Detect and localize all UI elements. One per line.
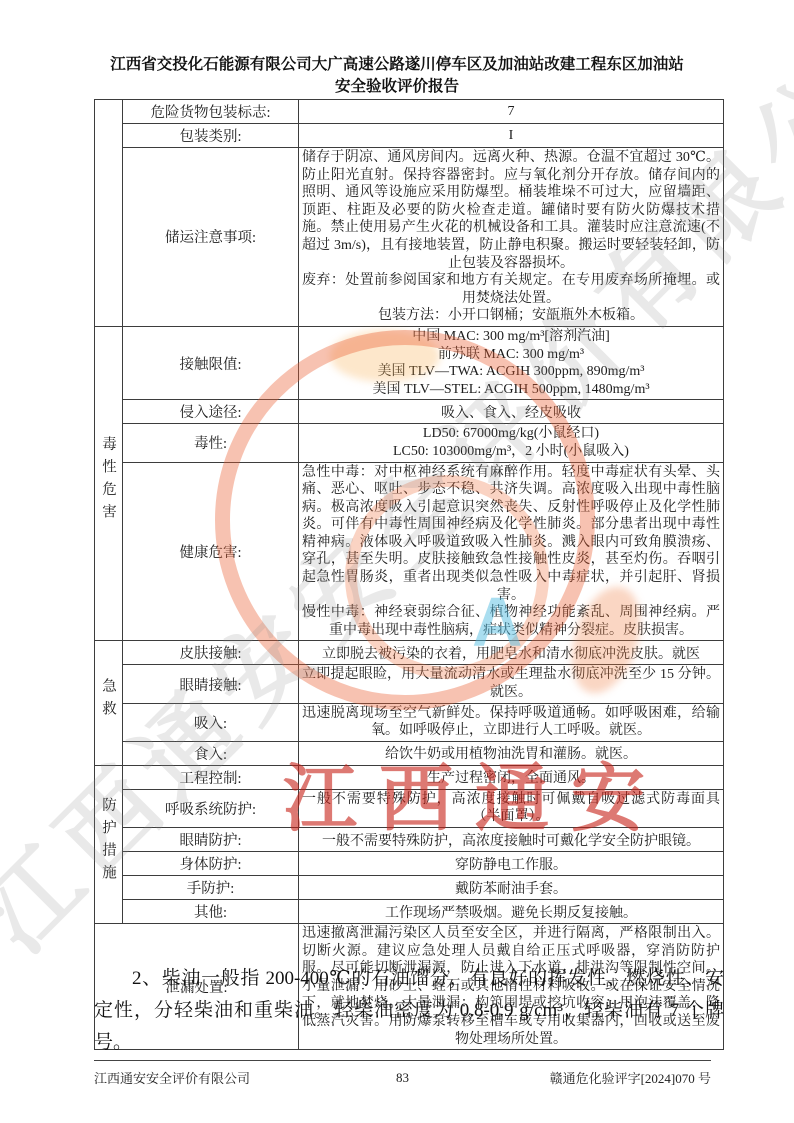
toxicity-line: LD50: 67000mg/kg(小鼠经口)	[302, 425, 720, 443]
table-row: 其他: 工作现场严禁吸烟。避免长期反复接触。	[95, 900, 724, 924]
health-paragraph-acute: 急性中毒：对中枢神经系统有麻醉作用。轻度中毒症状有头晕、头痛、恶心、呕吐、步态不…	[302, 464, 720, 605]
diesel-description-paragraph: 2、柴油一般指 200-400℃的石油馏分，有良好的挥发性、燃烧性、安定性，分轻…	[94, 963, 724, 1059]
row-value-health-hazard: 急性中毒：对中枢神经系统有麻醉作用。轻度中毒症状有头晕、头痛、恶心、呕吐、步态不…	[299, 462, 724, 641]
row-label-toxicity: 毒性:	[123, 424, 299, 462]
table-row: 手防护: 戴防苯耐油手套。	[95, 876, 724, 900]
row-label-storage: 储运注意事项:	[123, 148, 299, 327]
storage-paragraph-2: 废弃：处置前参阅国家和地方有关规定。在专用废弃场所掩埋。或用焚烧法处置。	[302, 272, 720, 307]
table-row: 侵入途径: 吸入、食入、经皮吸收	[95, 400, 724, 424]
table-row: 食入: 给饮牛奶或用植物油洗胃和灌肠。就医。	[95, 741, 724, 765]
table-row: 眼睛防护: 一般不需要特殊防护，高浓度接触时可戴化学安全防护眼镜。	[95, 828, 724, 852]
report-title-line1: 江西省交投化石能源有限公司大广高速公路遂川停车区及加油站改建工程东区加油站	[0, 54, 794, 76]
exposure-line: 中国 MAC: 300 mg/m³[溶剂汽油]	[302, 328, 720, 346]
table-row: 危险货物包装标志: 7	[95, 100, 724, 124]
row-value-ingestion: 给饮牛奶或用植物油洗胃和灌肠。就医。	[299, 741, 724, 765]
health-paragraph-chronic: 慢性中毒：神经衰弱综合征、植物神经功能紊乱、周围神经病。严重中毒出现中毒性脑病，…	[302, 604, 720, 639]
row-value-pkg-mark: 7	[299, 100, 724, 124]
row-label-respiratory-protection: 呼吸系统防护:	[123, 789, 299, 827]
table-row: 防护措施 工程控制: 生产过程密闭，全面通风。	[95, 765, 724, 789]
row-value-eye-contact: 立即提起眼睑，用大量流动清水或生理盐水彻底冲洗至少 15 分钟。就医。	[299, 665, 724, 703]
table-row: 眼睛接触: 立即提起眼睑，用大量流动清水或生理盐水彻底冲洗至少 15 分钟。就医…	[95, 665, 724, 703]
page-footer: 江西通安安全评价有限公司 83 赣通危化验评字[2024]070 号	[94, 1068, 711, 1087]
section-cell-toxic-hazard: 毒性危害	[95, 326, 123, 641]
row-label-skin-contact: 皮肤接触:	[123, 641, 299, 665]
row-value-respiratory-protection: 一般不需要特殊防护，高浓度接触时可佩戴自吸过滤式防毒面具（半面罩）。	[299, 789, 724, 827]
table-row: 身体防护: 穿防静电工作服。	[95, 852, 724, 876]
row-value-toxicity: LD50: 67000mg/kg(小鼠经口) LC50: 103000mg/m³…	[299, 424, 724, 462]
respiratory-protection-text: 一般不需要特殊防护，高浓度接触时可佩戴自吸过滤式防毒面具（半面罩）。	[302, 791, 720, 826]
exposure-line: 前苏联 MAC: 300 mg/m³	[302, 346, 720, 364]
msds-table: 危险货物包装标志: 7 包装类别: I 储运注意事项: 储存于阴凉、通风房间内。…	[94, 99, 724, 1050]
inhalation-text: 迅速脱离现场至空气新鲜处。保持呼吸道通畅。如呼吸困难，给输氧。如呼吸停止，立即进…	[302, 705, 720, 740]
row-value-eye-protection: 一般不需要特殊防护，高浓度接触时可戴化学安全防护眼镜。	[299, 828, 724, 852]
row-label-ingestion: 食入:	[123, 741, 299, 765]
row-label-health-hazard: 健康危害:	[123, 462, 299, 641]
row-label-engineering-control: 工程控制:	[123, 765, 299, 789]
table-row: 急救 皮肤接触: 立即脱去被污染的衣着，用肥皂水和清水彻底冲洗皮肤。就医	[95, 641, 724, 665]
eye-contact-text: 立即提起眼睑，用大量流动清水或生理盐水彻底冲洗至少 15 分钟。就医。	[302, 666, 720, 701]
table-row: 储运注意事项: 储存于阴凉、通风房间内。远离火种、热源。仓温不宜超过 30℃。防…	[95, 148, 724, 327]
row-label-eye-contact: 眼睛接触:	[123, 665, 299, 703]
row-value-engineering-control: 生产过程密闭，全面通风。	[299, 765, 724, 789]
row-label-eye-protection: 眼睛防护:	[123, 828, 299, 852]
row-label-hand-protection: 手防护:	[123, 876, 299, 900]
footer-page-number: 83	[94, 1070, 711, 1086]
report-header: 江西省交投化石能源有限公司大广高速公路遂川停车区及加油站改建工程东区加油站 安全…	[0, 54, 794, 97]
row-label-other-protection: 其他:	[123, 900, 299, 924]
storage-paragraph-3: 包装方法：小开口钢桶；安瓿瓶外木板箱。	[302, 307, 720, 325]
section-cell-empty	[95, 100, 123, 327]
row-value-storage: 储存于阴凉、通风房间内。远离火种、热源。仓温不宜超过 30℃。防止阳光直射。保持…	[299, 148, 724, 327]
row-value-hand-protection: 戴防苯耐油手套。	[299, 876, 724, 900]
row-label-intrusion: 侵入途径:	[123, 400, 299, 424]
exposure-line: 美国 TLV—TWA: ACGIH 300ppm, 890mg/m³	[302, 363, 720, 381]
table-row: 包装类别: I	[95, 124, 724, 148]
storage-paragraph-1: 储存于阴凉、通风房间内。远离火种、热源。仓温不宜超过 30℃。防止阳光直射。保持…	[302, 149, 720, 272]
row-label-pkg-mark: 危险货物包装标志:	[123, 100, 299, 124]
row-label-exposure-limit: 接触限值:	[123, 326, 299, 399]
row-value-other-protection: 工作现场严禁吸烟。避免长期反复接触。	[299, 900, 724, 924]
section-label-toxic-hazard: 毒性危害	[98, 436, 119, 526]
row-value-intrusion: 吸入、食入、经皮吸收	[299, 400, 724, 424]
table-row: 呼吸系统防护: 一般不需要特殊防护，高浓度接触时可佩戴自吸过滤式防毒面具（半面罩…	[95, 789, 724, 827]
row-value-pkg-class: I	[299, 124, 724, 148]
table-row: 吸入: 迅速脱离现场至空气新鲜处。保持呼吸道通畅。如呼吸困难，给输氧。如呼吸停止…	[95, 703, 724, 741]
footer-divider	[94, 1060, 711, 1061]
section-cell-first-aid: 急救	[95, 641, 123, 765]
row-label-body-protection: 身体防护:	[123, 852, 299, 876]
section-label-protection: 防护措施	[98, 797, 119, 887]
row-label-inhalation: 吸入:	[123, 703, 299, 741]
toxicity-line: LC50: 103000mg/m³，2 小时(小鼠吸入)	[302, 443, 720, 461]
table-row: 毒性危害 接触限值: 中国 MAC: 300 mg/m³[溶剂汽油] 前苏联 M…	[95, 326, 724, 399]
row-value-exposure-limit: 中国 MAC: 300 mg/m³[溶剂汽油] 前苏联 MAC: 300 mg/…	[299, 326, 724, 399]
report-title-line2: 安全验收评价报告	[0, 76, 794, 98]
row-label-pkg-class: 包装类别:	[123, 124, 299, 148]
table-row: 毒性: LD50: 67000mg/kg(小鼠经口) LC50: 103000m…	[95, 424, 724, 462]
section-cell-protection: 防护措施	[95, 765, 123, 923]
table-row: 健康危害: 急性中毒：对中枢神经系统有麻醉作用。轻度中毒症状有头晕、头痛、恶心、…	[95, 462, 724, 641]
row-value-body-protection: 穿防静电工作服。	[299, 852, 724, 876]
exposure-line: 美国 TLV—STEL: ACGIH 500ppm, 1480mg/m³	[302, 381, 720, 399]
row-value-skin-contact: 立即脱去被污染的衣着，用肥皂水和清水彻底冲洗皮肤。就医	[299, 641, 724, 665]
row-value-inhalation: 迅速脱离现场至空气新鲜处。保持呼吸道通畅。如呼吸困难，给输氧。如呼吸停止，立即进…	[299, 703, 724, 741]
section-label-first-aid: 急救	[98, 678, 119, 723]
